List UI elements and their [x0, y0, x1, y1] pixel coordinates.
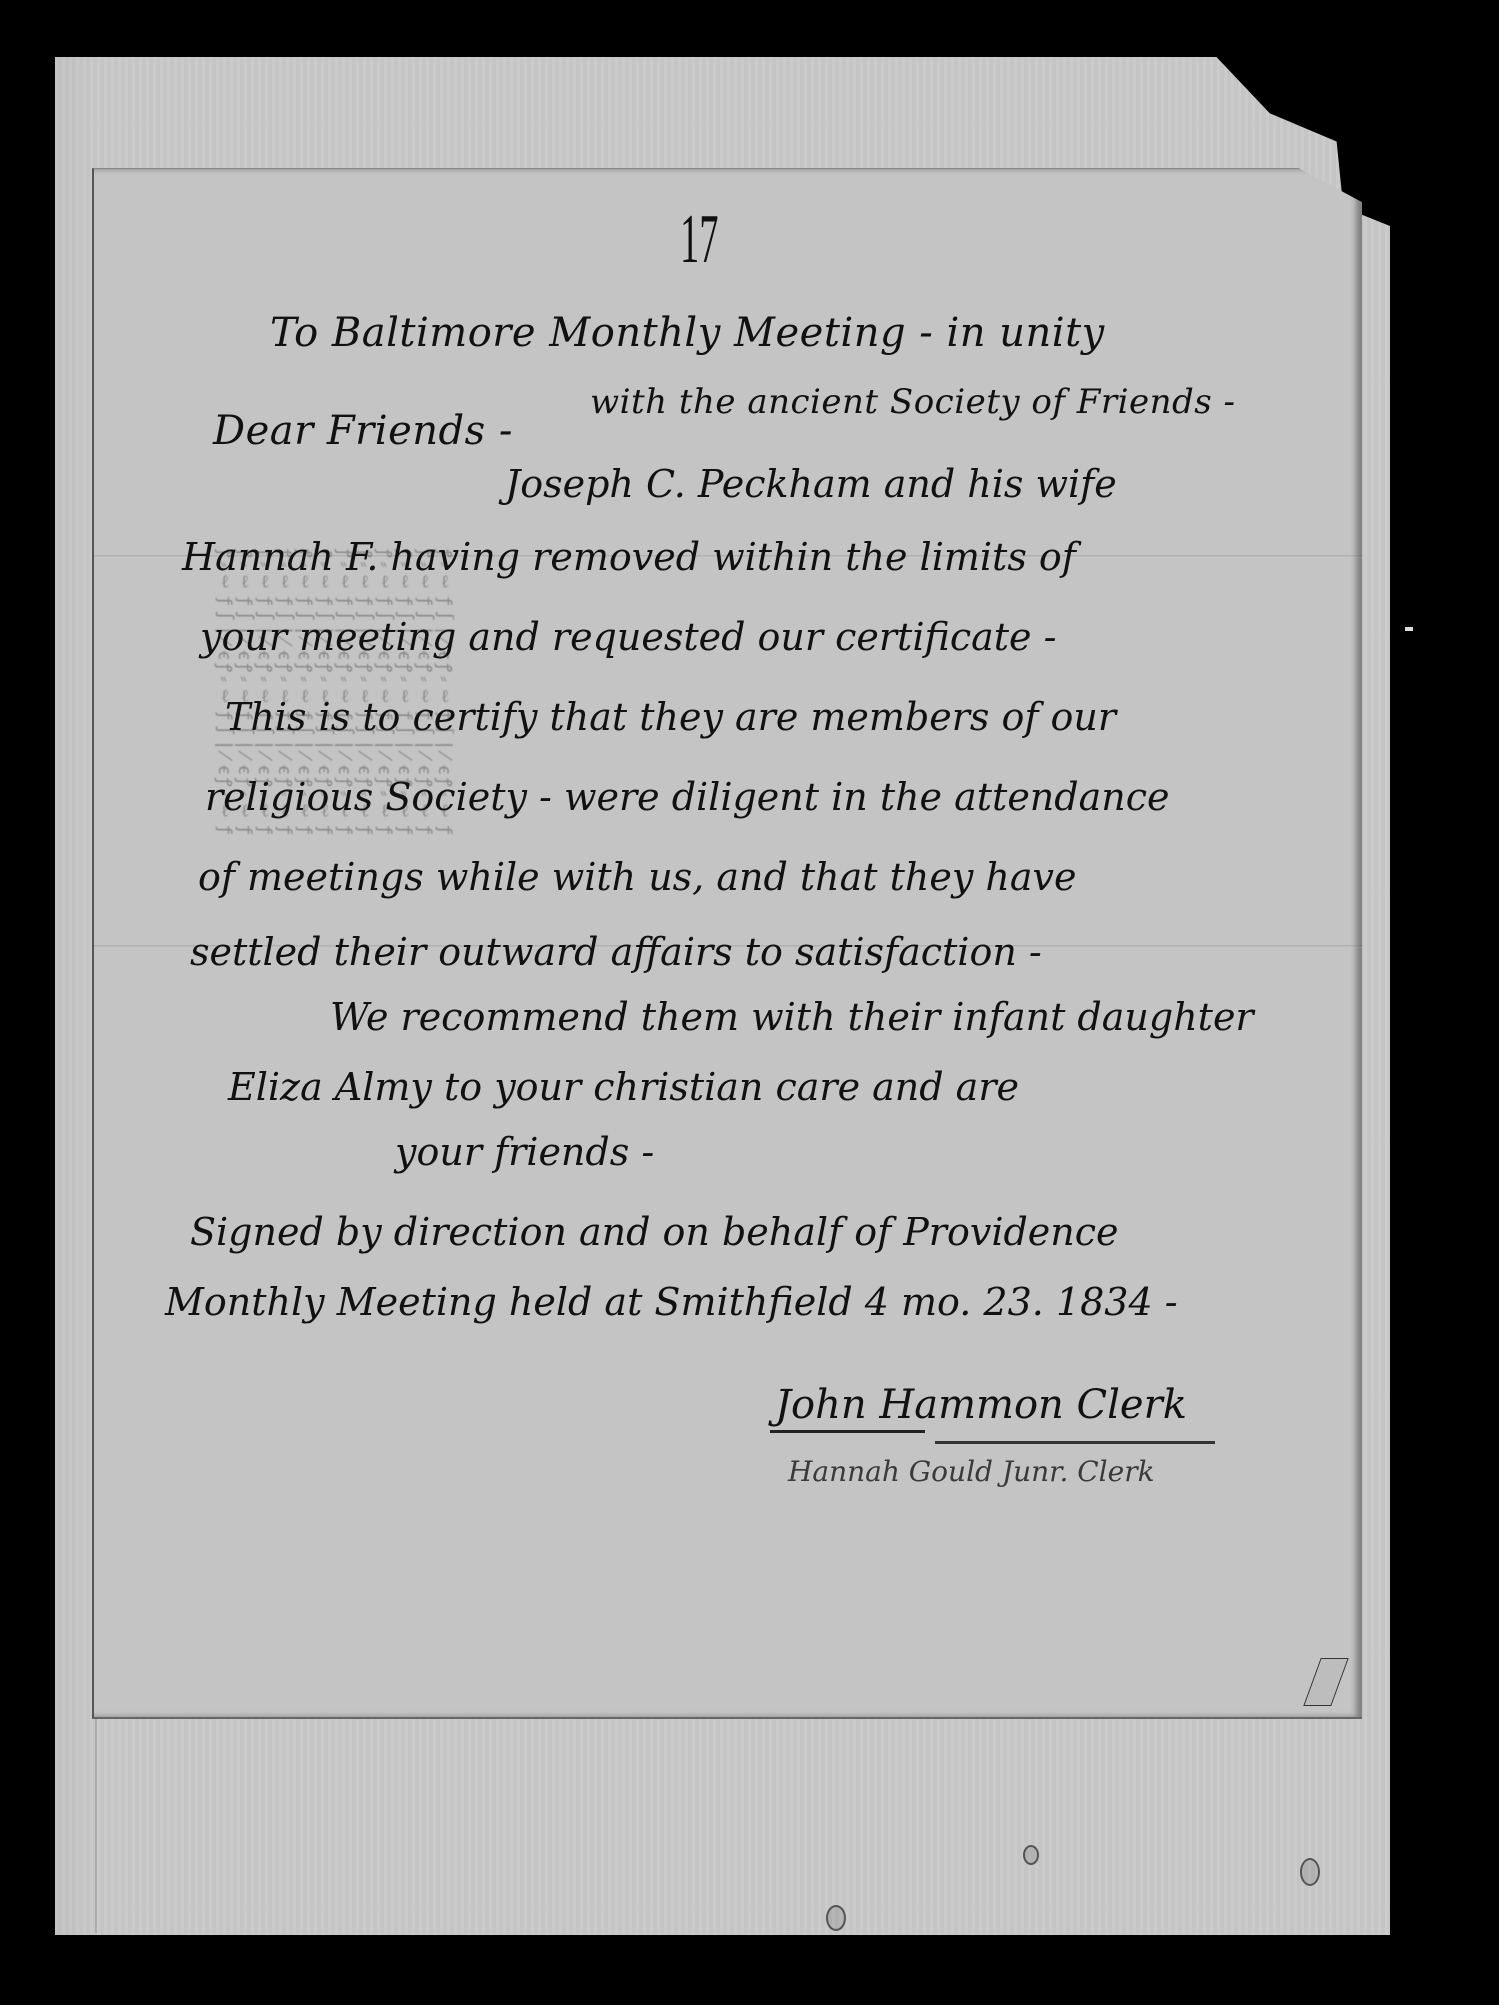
body-line: of meetings while with us, and that they…: [198, 855, 1077, 899]
page-number: 17: [680, 200, 719, 280]
body-line: your meeting and requested our certifica…: [200, 615, 1056, 659]
closing-line: Signed by direction and on behalf of Pro…: [190, 1210, 1119, 1254]
outer-sheet-crease: [95, 1718, 97, 1933]
body-line: This is to certify that they are members…: [225, 695, 1116, 739]
body-line: We recommend them with their infant daug…: [330, 995, 1254, 1039]
scan-artifact: [1405, 627, 1413, 631]
addressee-line: To Baltimore Monthly Meeting - in unity: [270, 310, 1105, 356]
signature-underline: [935, 1441, 1215, 1444]
body-line: settled their outward affairs to satisfa…: [190, 930, 1042, 974]
closing-line: Monthly Meeting held at Smithfield 4 mo.…: [165, 1280, 1178, 1324]
body-line: religious Society - were diligent in the…: [205, 775, 1170, 819]
body-line: your friends -: [395, 1130, 654, 1174]
ink-stain: [826, 1905, 846, 1931]
body-line: Eliza Almy to your christian care and ar…: [228, 1065, 1019, 1109]
body-line: Joseph C. Peckham and his wife: [505, 462, 1117, 506]
signature-underline: [770, 1430, 925, 1433]
women-clerk-signature: Hannah Gould Junr. Clerk: [788, 1455, 1155, 1488]
clerk-signature: John Hammon Clerk: [775, 1382, 1187, 1428]
body-line: Hannah F. having removed within the limi…: [182, 535, 1076, 579]
salutation: Dear Friends -: [213, 408, 513, 454]
addressee-continued: with the ancient Society of Friends -: [590, 382, 1236, 422]
ink-stain: [1300, 1858, 1320, 1886]
ink-stain: [1023, 1845, 1039, 1865]
